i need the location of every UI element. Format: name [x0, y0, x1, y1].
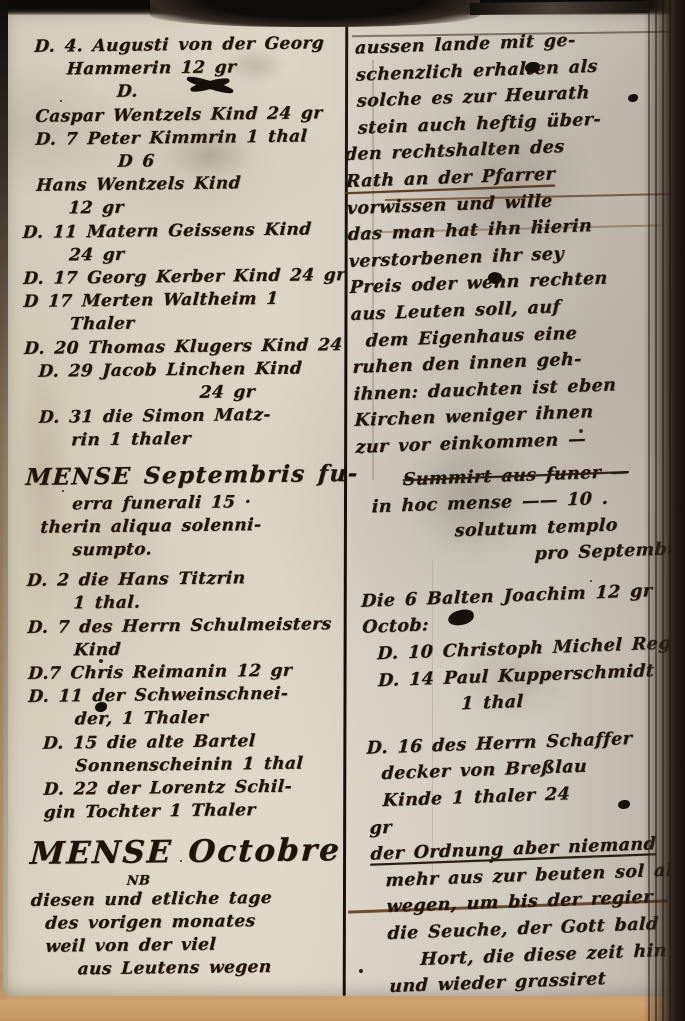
- handwritten-line: Thaler: [69, 311, 336, 337]
- handwritten-line: 1 thal.: [73, 590, 340, 616]
- handwritten-line: MENSE Septembris fu-: [25, 457, 339, 494]
- handwritten-line: gin Tochter 1 Thaler: [43, 798, 342, 825]
- handwritten-line: erra funerali 15 ·: [71, 490, 338, 516]
- handwritten-line: D. 15 die alte Bartel: [42, 729, 341, 756]
- book-top-edge: [470, 1, 650, 15]
- handwritten-line: der, 1 Thaler: [74, 706, 341, 732]
- handwritten-line: sumpto.: [72, 536, 339, 562]
- book-binding-edge: [625, 931, 685, 1021]
- handwritten-line: 24 gr: [199, 380, 337, 405]
- handwritten-line: rin 1 thaler: [71, 427, 338, 453]
- right-column: aussen lande mit ge-schenzlich erhalten …: [340, 24, 685, 1001]
- handwritten-line: diesen und etliche tage: [30, 886, 343, 913]
- handwritten-line: aus Leutens wegen: [77, 955, 344, 981]
- handwritten-line: 12 gr: [68, 195, 335, 221]
- handwritten-line: Caspar Wentzels Kind 24 gr: [35, 102, 334, 129]
- left-column: D. 4. Augusti von der GeorgHammerin 12 g…: [20, 32, 344, 982]
- handwritten-line: Kind: [73, 636, 340, 662]
- book-top-edge: [150, 0, 480, 27]
- ink-blot-crossout: [182, 72, 238, 98]
- handwritten-line: des vorigen monates: [44, 909, 343, 936]
- book-binding-edge: [643, 0, 685, 1021]
- handwritten-line: Sonnenscheinin 1 thal: [74, 752, 341, 778]
- manuscript-photo: D. 4. Augusti von der GeorgHammerin 12 g…: [0, 0, 685, 1021]
- handwritten-line: 24 gr: [68, 241, 335, 267]
- handwritten-line: D 6: [117, 148, 334, 174]
- handwritten-line: MENSE Octobre: [29, 829, 343, 875]
- page-left-edge: [0, 0, 8, 1000]
